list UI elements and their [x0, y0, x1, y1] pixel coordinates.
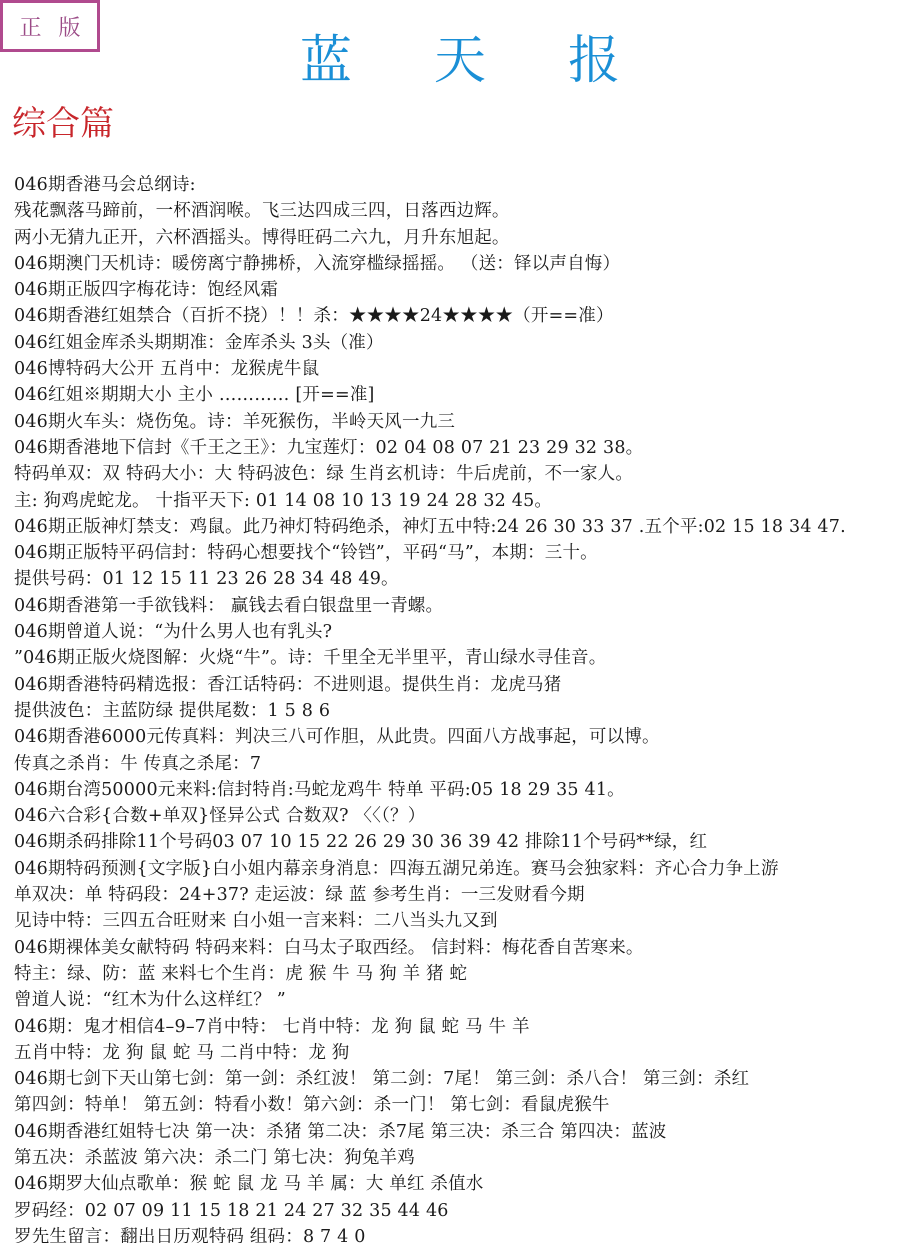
masthead-char: 天 [434, 18, 486, 93]
text-line: 046期澳门天机诗：暖傍离宁静拂桥，入流穿槛绿摇摇。 （送：铎以声自悔） [14, 251, 900, 277]
text-line: ”046期正版火烧图解：火烧“牛”。诗：千里全无半里平，青山绿水寻佳音。 [14, 645, 900, 671]
text-line: 046期香港第一手欲钱料： 赢钱去看白银盘里一青螺。 [14, 593, 900, 619]
text-line: 046期杀码排除11个号码03 07 10 15 22 26 29 30 36 … [14, 829, 900, 855]
masthead-char: 蓝 [300, 18, 352, 93]
text-line: 主: 狗鸡虎蛇龙。 十指平天下: 01 14 08 10 13 19 24 28… [14, 488, 900, 514]
text-line: 046期裸体美女献特码 特码来料：白马太子取西经。 信封料：梅花香自苦寒来。 [14, 935, 900, 961]
text-line: 传真之杀肖：牛 传真之杀尾：7 [14, 751, 900, 777]
text-line: 特码单双：双 特码大小：大 特码波色：绿 生肖玄机诗：牛后虎前，不一家人。 [14, 461, 900, 487]
text-line: 046期曾道人说：“为什么男人也有乳头? [14, 619, 900, 645]
text-line: 046期七剑下天山第七剑：第一剑：杀红波！ 第二剑：7尾！ 第三剑：杀八合！ 第… [14, 1066, 900, 1092]
masthead-char: 报 [568, 18, 620, 93]
text-line: 提供号码：01 12 15 11 23 26 28 34 48 49。 [14, 566, 900, 592]
text-line: 两小无猜九正开，六杯酒摇头。博得旺码二六九，月升东旭起。 [14, 225, 900, 251]
text-line: 第五决：杀蓝波 第六决：杀二门 第七决：狗兔羊鸡 [14, 1145, 900, 1171]
text-line: 罗码经：02 07 09 11 15 18 21 24 27 32 35 44 … [14, 1198, 900, 1224]
text-line: 046期香港地下信封《千王之王》：九宝莲灯：02 04 08 07 21 23 … [14, 435, 900, 461]
text-line: 046期香港6000元传真料：判决三八可作胆，从此贵。四面八方战事起，可以博。 [14, 724, 900, 750]
text-line: 046期台湾50000元来料:信封特肖:马蛇龙鸡牛 特单 平码:05 18 29… [14, 777, 900, 803]
text-line: 046六合彩{合数+单双}怪异公式 合数双? 〈〈（？） [14, 803, 900, 829]
text-line: 曾道人说：“红木为什么这样红？ ” [14, 987, 900, 1013]
text-line: 046期罗大仙点歌单：猴 蛇 鼠 龙 马 羊 属：大 单红 杀值水 [14, 1171, 900, 1197]
badge-char: 正 [19, 11, 41, 42]
text-line: 残花飘落马蹄前，一杯酒润喉。飞三达四成三四，日落西边辉。 [14, 198, 900, 224]
text-line: 五肖中特：龙 狗 鼠 蛇 马 二肖中特：龙 狗 [14, 1040, 900, 1066]
text-line: 046期香港马会总纲诗: [14, 172, 900, 198]
text-line: 046红姐※期期大小 主小 ………… [开==准] [14, 382, 900, 408]
text-line: 046期：鬼才相信4–9–7肖中特： 七肖中特：龙 狗 鼠 蛇 马 牛 羊 [14, 1014, 900, 1040]
text-line: 046期正版特平码信封：特码心想要找个“铃铛”，平码“马”，本期：三十。 [14, 540, 900, 566]
masthead-title: 蓝 天 报 [300, 20, 620, 90]
genuine-edition-badge: 正 版 [0, 0, 100, 52]
text-line: 046期香港红姐禁合（百折不挠）！！杀：★★★★24★★★★（开==准） [14, 303, 900, 329]
text-line: 046期香港红姐特七决 第一决：杀猪 第二决：杀7尾 第三决：杀三合 第四决：蓝… [14, 1119, 900, 1145]
text-line: 单双决：单 特码段：24+37? 走运波：绿 蓝 参考生肖：一三发财看今期 [14, 882, 900, 908]
text-line: 见诗中特：三四五合旺财来 白小姐一言来料：二八当头九又到 [14, 908, 900, 934]
text-line: 046期正版四字梅花诗：饱经风霜 [14, 277, 900, 303]
text-line: 提供波色：主蓝防绿 提供尾数：1 5 8 6 [14, 698, 900, 724]
text-line: 特主：绿、防：蓝 来料七个生肖：虎 猴 牛 马 狗 羊 猪 蛇 [14, 961, 900, 987]
article-body: 046期香港马会总纲诗: 残花飘落马蹄前，一杯酒润喉。飞三达四成三四，日落西边辉… [14, 172, 900, 1243]
text-line: 046期特码预测{文字版}白小姐内幕亲身消息：四海五湖兄弟连。赛马会独家料：齐心… [14, 856, 900, 882]
section-title: 综合篇 [12, 96, 114, 145]
text-line: 046红姐金库杀头期期准：金库杀头 3头（准） [14, 330, 900, 356]
text-line: 罗先生留言：翻出日历观特码 组码：8 7 4 0 [14, 1224, 900, 1243]
badge-char: 版 [58, 11, 80, 42]
text-line: 046期香港特码精选报：香江话特码：不进则退。提供生肖：龙虎马猪 [14, 672, 900, 698]
text-line: 046期火车头：烧伤兔。诗：羊死猴伤，半岭天风一九三 [14, 409, 900, 435]
text-line: 第四剑：特单！ 第五剑：特看小数！第六剑：杀一门！ 第七剑：看鼠虎猴牛 [14, 1092, 900, 1118]
text-line: 046期正版神灯禁支：鸡鼠。此乃神灯特码绝杀，神灯五中特:24 26 30 33… [14, 514, 900, 540]
text-line: 046博特码大公开 五肖中：龙猴虎牛鼠 [14, 356, 900, 382]
